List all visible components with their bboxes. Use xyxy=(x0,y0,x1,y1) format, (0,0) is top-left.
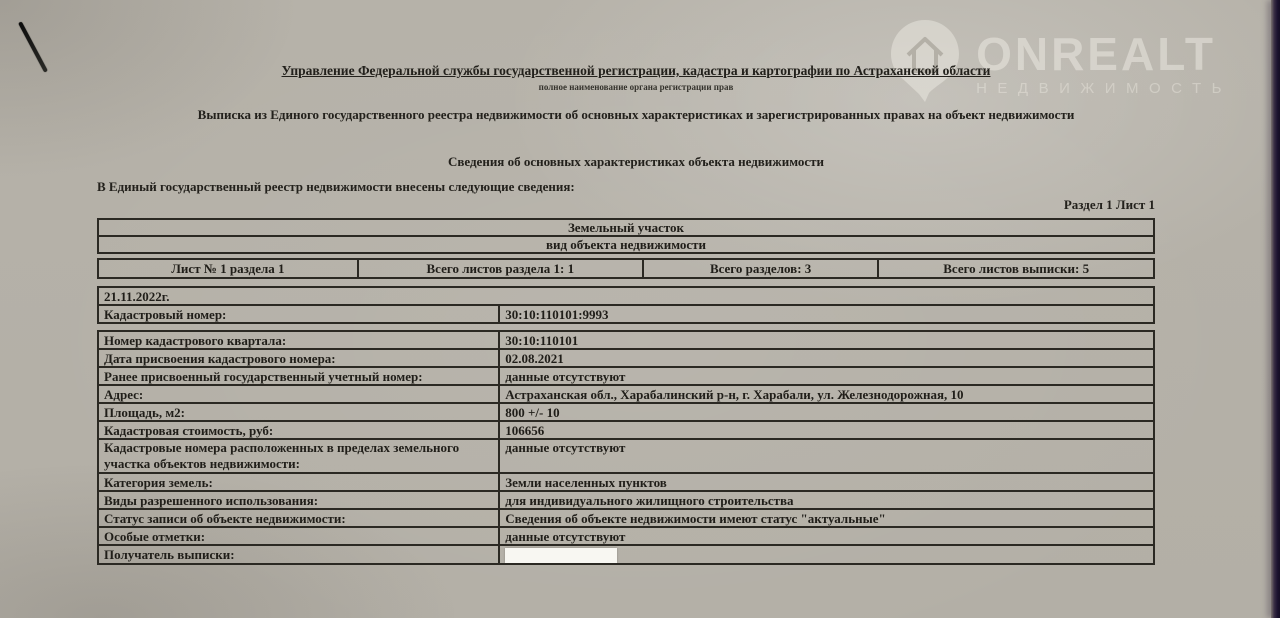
row-label: Номер кадастрового квартала: xyxy=(98,331,499,349)
table-row: Кадастровые номера расположенных в преде… xyxy=(98,439,1154,473)
row-label: Статус записи об объекте недвижимости: xyxy=(98,509,499,527)
table-row: Земельный участок xyxy=(98,219,1154,236)
table-row: Кадастровая стоимость, руб: 106656 xyxy=(98,421,1154,439)
row-label: Получатель выписки: xyxy=(98,545,499,564)
sheet-info-cell: Всего листов раздела 1: 1 xyxy=(358,259,643,278)
section-title: Сведения об основных характеристиках объ… xyxy=(0,154,1272,170)
details-table: Номер кадастрового квартала: 30:10:11010… xyxy=(97,330,1155,565)
sheet-info-cell: Всего разделов: 3 xyxy=(643,259,878,278)
object-type-caption: вид объекта недвижимости xyxy=(98,236,1154,253)
row-label: Дата присвоения кадастрового номера: xyxy=(98,349,499,367)
row-value: Астраханская обл., Харабалинский р-н, г.… xyxy=(499,385,1154,403)
table-row: Адрес: Астраханская обл., Харабалинский … xyxy=(98,385,1154,403)
table-row: Получатель выписки: xyxy=(98,545,1154,564)
table-row: Дата присвоения кадастрового номера: 02.… xyxy=(98,349,1154,367)
row-value: 30:10:110101 xyxy=(499,331,1154,349)
row-label: Площадь, м2: xyxy=(98,403,499,421)
row-value: Сведения об объекте недвижимости имеют с… xyxy=(499,509,1154,527)
table-row: Категория земель: Земли населенных пункт… xyxy=(98,473,1154,491)
scan-edge-shadow xyxy=(1271,0,1280,618)
row-value: 800 +/- 10 xyxy=(499,403,1154,421)
table-row: Кадастровый номер: 30:10:110101:9993 xyxy=(98,305,1154,323)
row-value-redacted xyxy=(499,545,1154,564)
table-row: вид объекта недвижимости xyxy=(98,236,1154,253)
object-type-table: Земельный участок вид объекта недвижимос… xyxy=(97,218,1155,254)
extract-tables: Земельный участок вид объекта недвижимос… xyxy=(97,218,1155,565)
row-value: данные отсутствуют xyxy=(499,527,1154,545)
row-value: для индивидуального жилищного строительс… xyxy=(499,491,1154,509)
object-type-value: Земельный участок xyxy=(98,219,1154,236)
row-label: Особые отметки: xyxy=(98,527,499,545)
row-label: Кадастровые номера расположенных в преде… xyxy=(98,439,499,473)
row-label: Категория земель: xyxy=(98,473,499,491)
row-label: Виды разрешенного использования: xyxy=(98,491,499,509)
scanned-egrn-extract-page: ONREALT НЕДВИЖИМОСТЬ Управление Федераль… xyxy=(0,0,1280,618)
sheet-info-cell: Лист № 1 раздела 1 xyxy=(98,259,358,278)
section-sheet-label: Раздел 1 Лист 1 xyxy=(97,197,1155,213)
sheet-info-cell: Всего листов выписки: 5 xyxy=(878,259,1154,278)
sheet-info-table: Лист № 1 раздела 1 Всего листов раздела … xyxy=(97,258,1155,279)
row-value: данные отсутствуют xyxy=(499,439,1154,473)
table-row: 21.11.2022г. xyxy=(98,287,1154,305)
intro-line: В Единый государственный реестр недвижим… xyxy=(97,179,1155,195)
authority-title: Управление Федеральной службы государств… xyxy=(0,63,1272,79)
table-row: Площадь, м2: 800 +/- 10 xyxy=(98,403,1154,421)
table-row: Лист № 1 раздела 1 Всего листов раздела … xyxy=(98,259,1154,278)
authority-caption: полное наименование органа регистрации п… xyxy=(0,82,1272,92)
date-cadastral-table: 21.11.2022г. Кадастровый номер: 30:10:11… xyxy=(97,286,1155,324)
extract-date: 21.11.2022г. xyxy=(98,287,1154,305)
row-value: данные отсутствуют xyxy=(499,367,1154,385)
row-value: 106656 xyxy=(499,421,1154,439)
table-row: Ранее присвоенный государственный учетны… xyxy=(98,367,1154,385)
redacted-value-box xyxy=(505,548,617,563)
row-label: Адрес: xyxy=(98,385,499,403)
table-row: Номер кадастрового квартала: 30:10:11010… xyxy=(98,331,1154,349)
table-row: Виды разрешенного использования: для инд… xyxy=(98,491,1154,509)
document-title: Выписка из Единого государственного реес… xyxy=(60,107,1212,123)
row-label: Кадастровая стоимость, руб: xyxy=(98,421,499,439)
row-label: Ранее присвоенный государственный учетны… xyxy=(98,367,499,385)
table-row: Особые отметки: данные отсутствуют xyxy=(98,527,1154,545)
row-value: 02.08.2021 xyxy=(499,349,1154,367)
row-label: Кадастровый номер: xyxy=(98,305,499,323)
table-row: Статус записи об объекте недвижимости: С… xyxy=(98,509,1154,527)
row-value: 30:10:110101:9993 xyxy=(499,305,1154,323)
row-value: Земли населенных пунктов xyxy=(499,473,1154,491)
